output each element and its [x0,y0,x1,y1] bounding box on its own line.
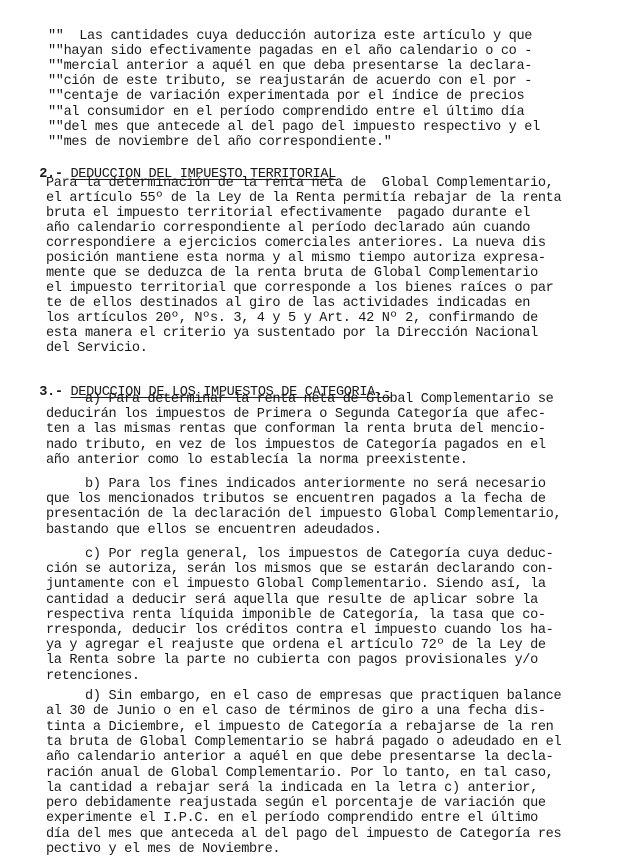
text-line: año calendario anterior a aquél en que d… [46,751,554,765]
text-line: año anterior como lo establecía la norma… [46,454,468,468]
text-line: ""hayan sido efectivamente pagadas en el… [48,45,532,59]
text-line: ""mes de noviembre del año correspondien… [48,136,392,150]
text-line: experimente el I.P.C. en el período comp… [46,812,538,826]
text-line: ""centaje de variación experimentada por… [48,90,524,104]
text-line: ción se autoriza, serán los mismos que s… [46,563,554,577]
text-line: nado tributo, en vez de los impuestos de… [46,439,546,453]
text-line: juntamente con el impuesto Global Comple… [46,578,546,592]
text-line: pectivo y el mes de Noviembre. [46,843,280,857]
text-line: ""ción de este tributo, se reajustarán d… [48,75,532,89]
text-line: te de ellos destinados al giro de las ac… [46,297,530,311]
text-line: correspondiere a ejercicios comerciales … [46,237,546,251]
text-line: tinta a Diciembre, el impuesto de Catego… [46,721,554,735]
text-line: d) Sin embargo, en el caso de empresas q… [46,690,561,704]
text-line: a) Para determinar la renta neta de Glob… [46,393,554,407]
text-line: bruta el impuesto territorial efectivame… [46,207,530,221]
text-line: ya y agregar el reajuste que ordena el a… [46,639,546,653]
text-line: respectiva renta líquida imponible de Ca… [46,609,546,623]
text-line: rresponda, deducir los créditos contra e… [46,624,554,638]
text-line: el artículo 55º de la Ley de la Renta pe… [46,192,561,206]
text-line: mente que se deduzca de la renta bruta d… [46,267,538,281]
text-line: pero debidamente reajustada según el por… [46,797,546,811]
text-line: ""mercial anterior a aquél en que deba p… [48,60,532,74]
text-line: el impuesto territorial que corresponde … [46,282,554,296]
text-line: ten a las mismas rentas que conforman la… [46,423,546,437]
text-line: año calendario correspondiente al períod… [46,222,530,236]
text-line: al 30 de Junio o en el caso de términos … [46,705,546,719]
text-line: b) Para los fines indicados anteriorment… [46,478,546,492]
text-line: la cantidad a rebajar será la indicada e… [46,782,538,796]
text-line: c) Por regla general, los impuestos de C… [46,548,554,562]
text-line: cantidad a deducir será aquella que resu… [46,594,538,608]
text-line: que los mencionados tributos se encuentr… [46,493,546,507]
text-line: posición mantiene esta norma y al mismo … [46,252,546,266]
text-line: ""al consumidor en el período comprendid… [48,106,524,120]
text-line: los artículos 20º, Nºs. 3, 4 y 5 y Art. … [46,312,538,326]
text-line: bastando que ellos se encuentren adeudad… [46,524,382,538]
text-line: retenciones. [46,670,140,684]
text-line: del Servicio. [46,342,148,356]
text-line: la Renta sobre la parte no cubierta con … [46,654,538,668]
text-line: esta manera el criterio ya sustentado po… [46,327,538,341]
text-line: ""del mes que antecede al del pago del i… [48,121,540,135]
text-line: Para la determinación de la renta neta d… [46,177,554,191]
text-line: día del mes que anteceda al del pago del… [46,828,561,842]
text-line: deducirán los impuestos de Primera o Seg… [46,408,546,422]
text-line: ración anual de Global Complementario. P… [46,767,554,781]
text-line: "" Las cantidades cuya deducción autoriz… [48,30,532,44]
text-line: presentación de la declaración del impue… [46,508,561,522]
text-line: ta bruta de Global Complementario se hab… [46,736,561,750]
scanned-document-page: "" Las cantidades cuya deducción autoriz… [0,0,630,866]
